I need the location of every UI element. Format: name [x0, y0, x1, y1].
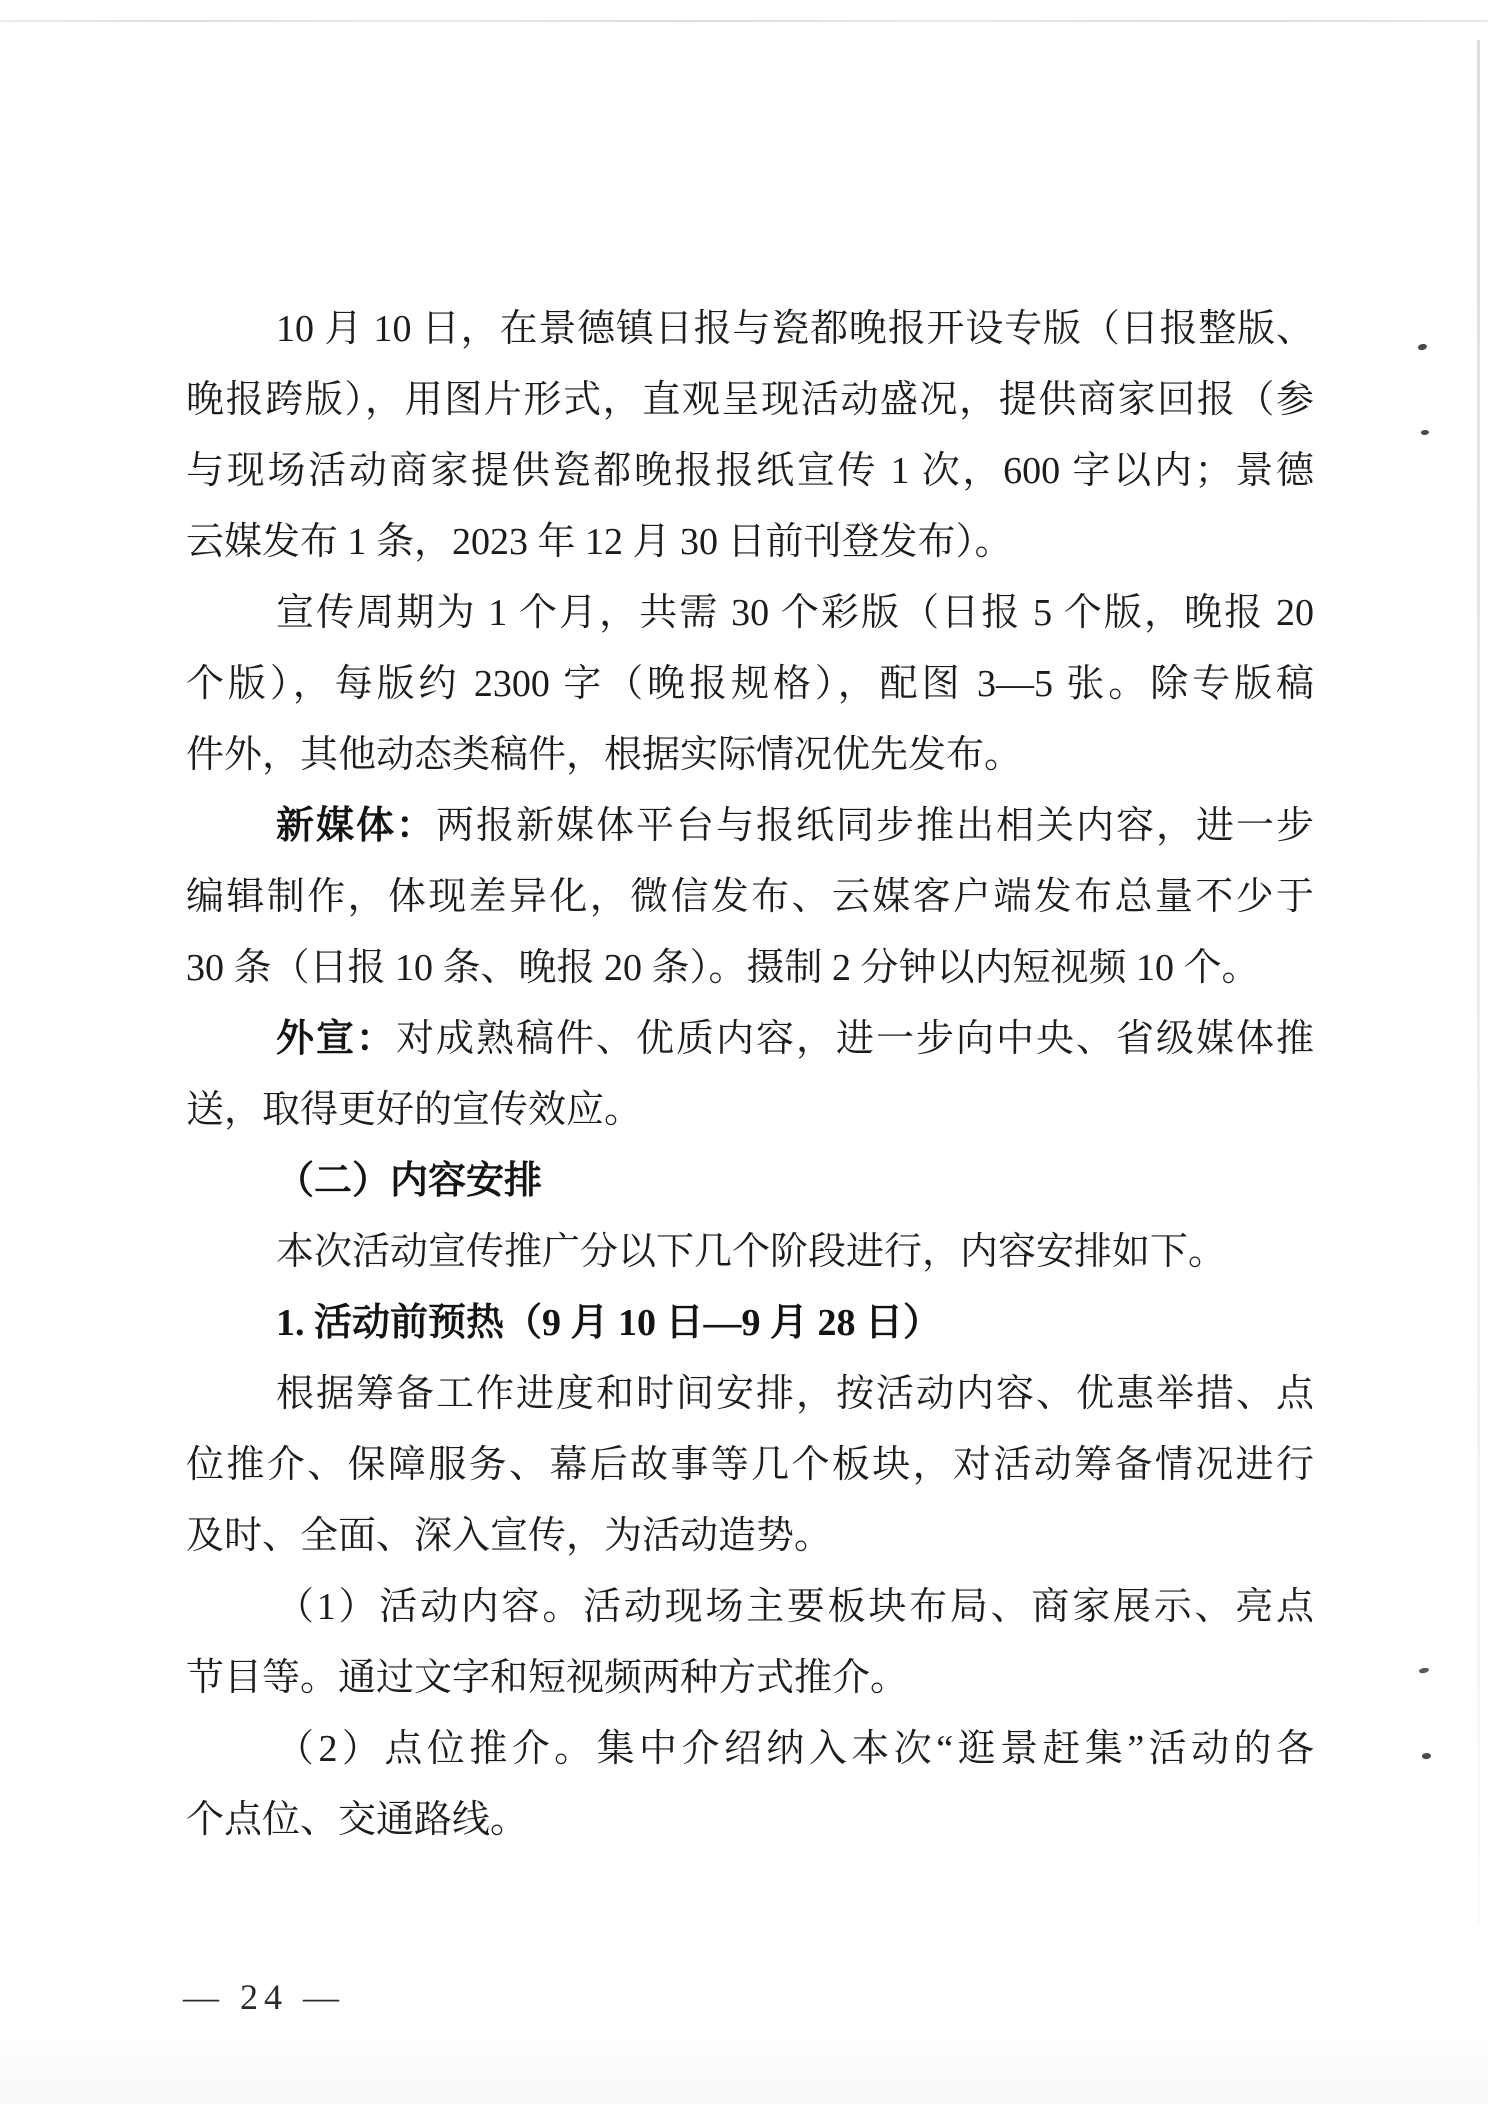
- text-line: 新媒体：两报新媒体平台与报纸同步推出相关内容，进一步: [186, 791, 1314, 862]
- scan-speck: [1417, 343, 1427, 351]
- text-line: 送，取得更好的宣传效应。: [186, 1075, 1314, 1146]
- text-line: 与现场活动商家提供瓷都晚报报纸宣传 1 次，600 字以内；景德: [186, 436, 1314, 507]
- text-line: 外宣：对成熟稿件、优质内容，进一步向中央、省级媒体推: [186, 1004, 1314, 1075]
- text-line: 云媒发布 1 条，2023 年 12 月 30 日前刊登发布）。: [186, 507, 1314, 578]
- text-line: 个点位、交通路线。: [186, 1785, 1314, 1856]
- text-line: 宣传周期为 1 个月，共需 30 个彩版（日报 5 个版，晚报 20: [186, 578, 1314, 649]
- text-line: 10 月 10 日，在景德镇日报与瓷都晚报开设专版（日报整版、: [186, 294, 1314, 365]
- text-line: （2）点位推介。集中介绍纳入本次“逛景赶集”活动的各: [186, 1714, 1314, 1785]
- scan-speck: [1419, 1667, 1430, 1674]
- text-line: 个版），每版约 2300 字（晚报规格），配图 3—5 张。除专版稿: [186, 649, 1314, 720]
- text-line: 位推介、保障服务、幕后故事等几个板块，对活动筹备情况进行: [186, 1430, 1314, 1501]
- scan-speck: [1421, 429, 1430, 435]
- bold-lead-label: 外宣：: [276, 1018, 396, 1060]
- scan-speck: [1422, 1752, 1432, 1759]
- text-line: 本次活动宣传推广分以下几个阶段进行，内容安排如下。: [186, 1217, 1314, 1288]
- bold-lead-label: 新媒体：: [276, 805, 436, 847]
- text-line: 及时、全面、深入宣传，为活动造势。: [186, 1501, 1314, 1572]
- text-line: 30 条（日报 10 条、晚报 20 条）。摄制 2 分钟以内短视频 10 个。: [186, 933, 1314, 1004]
- text-line: 根据筹备工作进度和时间安排，按活动内容、优惠举措、点: [186, 1359, 1314, 1430]
- text-line: 1. 活动前预热（9 月 10 日—9 月 28 日）: [186, 1288, 1314, 1359]
- scan-artifact-right-edge: [1477, 40, 1480, 1925]
- scan-artifact-bottom-shade: [0, 2034, 1488, 2104]
- text-line: 件外，其他动态类稿件，根据实际情况优先发布。: [186, 720, 1314, 791]
- text-line: 编辑制作，体现差异化，微信发布、云媒客户端发布总量不少于: [186, 862, 1314, 933]
- text-line: 晚报跨版），用图片形式，直观呈现活动盛况，提供商家回报（参: [186, 365, 1314, 436]
- scan-artifact-top-line: [0, 20, 1488, 22]
- page-number: — 24 —: [183, 1976, 345, 2018]
- document-body: 10 月 10 日，在景德镇日报与瓷都晚报开设专版（日报整版、晚报跨版），用图片…: [186, 294, 1314, 1856]
- text-line: 节目等。通过文字和短视频两种方式推介。: [186, 1643, 1314, 1714]
- text-line: （二）内容安排: [186, 1146, 1314, 1217]
- text-line: （1）活动内容。活动现场主要板块布局、商家展示、亮点: [186, 1572, 1314, 1643]
- document-page: 10 月 10 日，在景德镇日报与瓷都晚报开设专版（日报整版、晚报跨版），用图片…: [0, 0, 1488, 2104]
